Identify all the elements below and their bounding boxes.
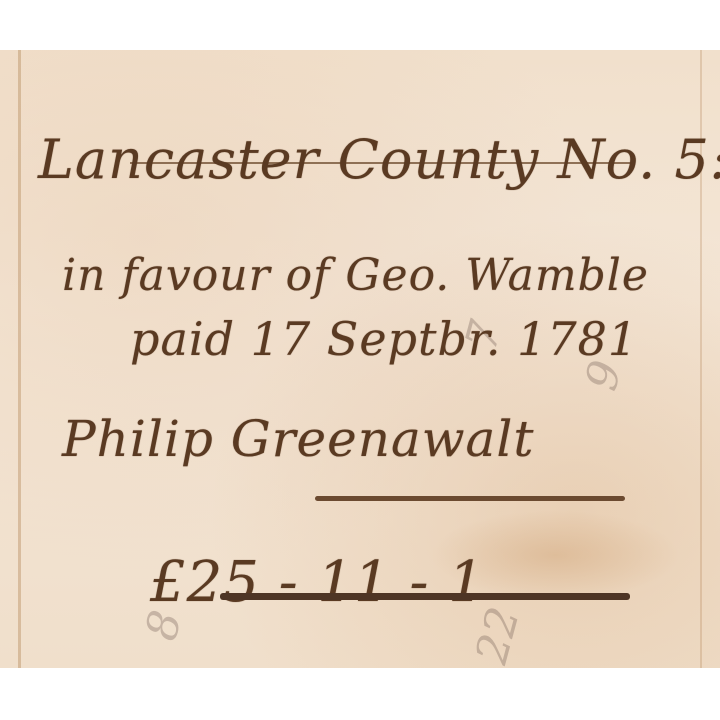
amount-rule-top	[315, 496, 625, 501]
amount: £25 - 11 - 1	[150, 550, 485, 615]
paper-fold-left	[18, 50, 21, 668]
document-paper: 7 9 8 22 Lancaster County No. 5:1 in fav…	[0, 50, 720, 668]
county-heading: Lancaster County No. 5:1	[38, 128, 720, 191]
paid-date-line: paid 17 Septbr. 1781	[130, 312, 638, 366]
payee-line: in favour of Geo. Wamble	[62, 250, 649, 301]
signature: Philip Greenawalt	[62, 410, 534, 468]
amount-rule-bottom	[220, 593, 630, 600]
